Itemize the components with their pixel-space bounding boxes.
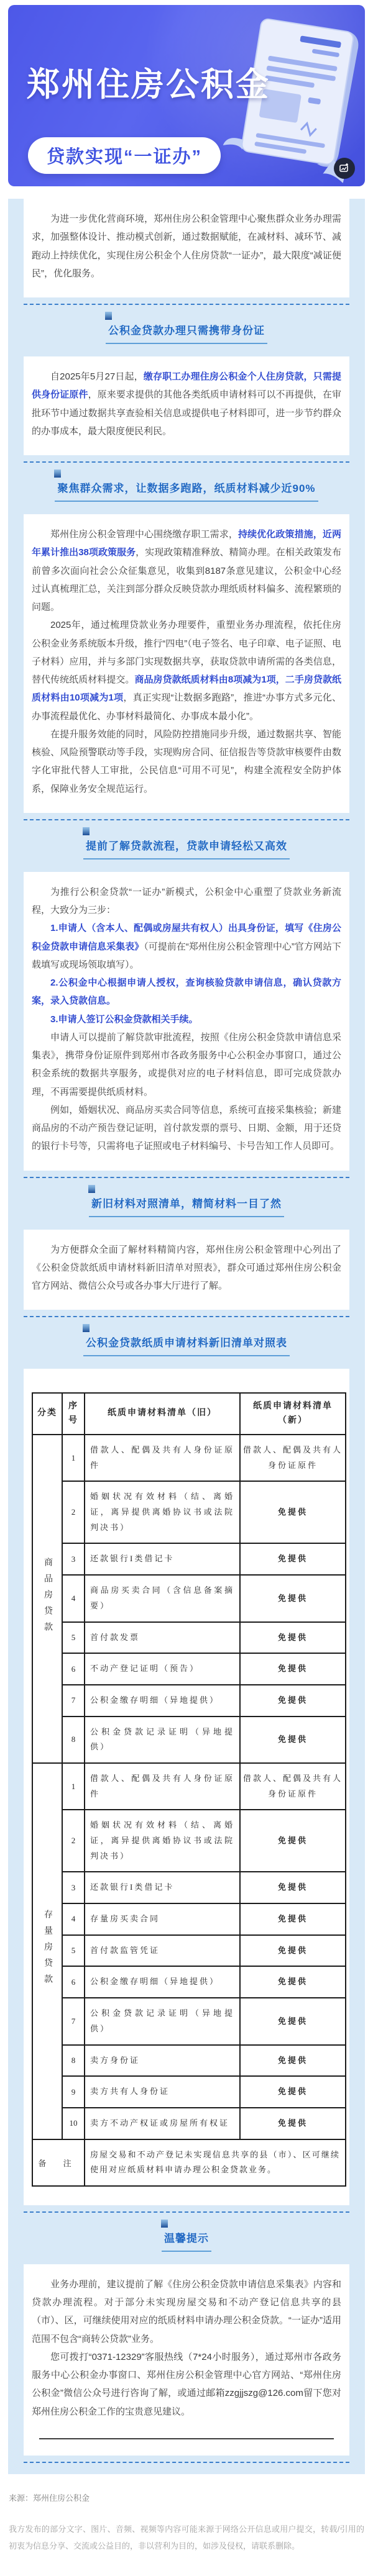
row-number-cell: 1	[62, 1763, 85, 1810]
old-material-cell: 卖方共有人身份证	[85, 2076, 240, 2108]
text-block: 为进一步优化营商环境，郑州住房公积金管理中心聚焦群众业务办理需求，加强整体设计、…	[24, 199, 349, 297]
paragraph: 郑州住房公积金管理中心围绕缴存职工需求，持续优化政策措施，近两年累计推出38项政…	[32, 525, 341, 616]
row-number-cell: 4	[62, 1903, 85, 1935]
old-material-cell: 公积金贷款记录证明（异地提供）	[85, 1998, 240, 2044]
table-row: 8公积金贷款记录证明（异地提供）免提供	[32, 1717, 346, 1763]
text-block: 为推行公积金贷款“一证办”新模式，公积金中心重塑了贷款业务新流程，大致分为三步：…	[24, 872, 349, 1171]
old-material-cell: 卖方不动产权证或房屋所有权证	[85, 2108, 240, 2139]
table-row: 5首付款监管凭证免提供	[32, 1935, 346, 1967]
table-header-row: 分类序号纸质申请材料清单（旧）纸质申请材料清单（新）	[32, 1393, 346, 1435]
page: 郑州住房公积金 贷款实现“一证办” 为进一步优化营商环境，郑州住房公积金管理中心…	[0, 5, 373, 2576]
section-heading-wrap: 新旧材料对照清单，精简材料一目了然	[24, 1178, 349, 1230]
table-row: 存量房贷款1借款人、配偶及共有人身份证原件借款人、配偶及共有人身份证原件	[32, 1763, 346, 1810]
new-material-cell: 免提供	[240, 1935, 346, 1967]
old-material-cell: 婚姻状况有效材料（结、离婚证，离异提供离婚协议书或法院判决书）	[85, 1810, 240, 1872]
table-note-row: 备 注房屋交易和不动产登记未实现信息共享的县（市）、区可继续使用对应纸质材料申请…	[32, 2139, 346, 2186]
row-number-cell: 4	[62, 1575, 85, 1621]
banner-subtitle: 贷款实现“一证办”	[47, 147, 202, 167]
new-material-cell: 免提供	[240, 1717, 346, 1763]
row-number-cell: 10	[62, 2108, 85, 2139]
old-material-cell: 还款银行I类借记卡	[85, 1872, 240, 1903]
table-row: 7公积金贷款记录证明（异地提供）免提供	[32, 1998, 346, 2044]
note-text-cell: 房屋交易和不动产登记未实现信息共享的县（市）、区可继续使用对应纸质材料申请办理公…	[85, 2139, 346, 2186]
table-row: 3还款银行I类借记卡免提供	[32, 1543, 346, 1575]
table-row: 2婚姻状况有效材料（结、离婚证，离异提供离婚协议书或法院判决书）免提供	[32, 1810, 346, 1872]
old-material-cell: 卖方身份证	[85, 2045, 240, 2077]
dashed-divider	[24, 2462, 349, 2463]
body-text: 申请人可以提前了解贷款审批流程，按照《住房公积金贷款申请信息采集表》，携带身份证…	[32, 1032, 341, 1097]
old-material-cell: 公积金缴存明细（异地提供）	[85, 1685, 240, 1717]
row-number-cell: 6	[62, 1653, 85, 1685]
new-material-cell: 免提供	[240, 2076, 346, 2108]
banner-title: 郑州住房公积金	[27, 58, 270, 106]
row-number-cell: 8	[62, 1717, 85, 1763]
new-material-cell: 免提供	[240, 1998, 346, 2044]
row-number-cell: 9	[62, 2076, 85, 2108]
section-heading: 提前了解贷款流程，贷款申请轻松又高效	[83, 827, 290, 859]
banner-subtitle-pill: 贷款实现“一证办”	[28, 137, 221, 174]
banner: 郑州住房公积金 贷款实现“一证办”	[8, 5, 365, 186]
old-material-cell: 不动产登记证明（预告）	[85, 1653, 240, 1685]
column-header: 纸质申请材料清单（新）	[240, 1393, 346, 1435]
row-number-cell: 3	[62, 1543, 85, 1575]
image-edit-icon[interactable]	[334, 158, 355, 179]
new-material-cell: 免提供	[240, 1622, 346, 1654]
old-material-cell: 婚姻状况有效材料（结、离婚证，离异提供离婚协议书或法院判决书）	[85, 1481, 240, 1543]
row-number-cell: 3	[62, 1872, 85, 1903]
paragraph: 在提升服务效能的同时，风险防控措施同步升级，通过数据共享、智能核验、风险预警联动…	[32, 725, 341, 798]
old-material-cell: 借款人、配偶及共有人身份证原件	[85, 1435, 240, 1481]
table-row: 8卖方身份证免提供	[32, 2045, 346, 2077]
closing-rule	[39, 2438, 333, 2439]
row-number-cell: 2	[62, 1810, 85, 1872]
table-row: 商品房贷款1借款人、配偶及共有人身份证原件借款人、配偶及共有人身份证原件	[32, 1435, 346, 1481]
table-row: 2婚姻状况有效材料（结、离婚证，离异提供离婚协议书或法院判决书）免提供	[32, 1481, 346, 1543]
paragraph: 3.申请人签订公积金贷款相关手续。	[32, 1010, 341, 1028]
paragraph: 您可拨打“0371-12329”客服热线（7*24小时服务），通过郑州市各政务服…	[32, 2348, 341, 2421]
old-material-cell: 公积金贷款记录证明（异地提供）	[85, 1717, 240, 1763]
old-material-cell: 首付款发票	[85, 1622, 240, 1654]
new-material-cell: 免提供	[240, 1966, 346, 1998]
table-row: 9卖方共有人身份证免提供	[32, 2076, 346, 2108]
paragraph: 自2025年5月27日起，缴存职工办理住房公积金个人住房贷款，只需提供身份证原件…	[32, 368, 341, 440]
paragraph: 2.公积金中心根据申请人授权，查询核验贷款申请信息，确认贷款方案，录入贷款信息。	[32, 974, 341, 1010]
body-text: 为进一步优化营商环境，郑州住房公积金管理中心聚焦群众业务办理需求，加强整体设计、…	[32, 214, 341, 279]
category-cell: 商品房贷款	[32, 1435, 62, 1763]
section-heading: 新旧材料对照清单，精简材料一目了然	[89, 1184, 284, 1217]
new-material-cell: 借款人、配偶及共有人身份证原件	[240, 1435, 346, 1481]
category-cell: 存量房贷款	[32, 1763, 62, 2139]
table-row: 4存量房买卖合同免提供	[32, 1903, 346, 1935]
column-header: 纸质申请材料清单（旧）	[85, 1393, 240, 1435]
section-heading: 公积金贷款办理只需携带身份证	[106, 311, 267, 344]
new-material-cell: 免提供	[240, 1543, 346, 1575]
body-text: 为方便群众全面了解材料精简内容，郑州住房公积金管理中心列出了《公积金贷款纸质申请…	[32, 1245, 341, 1292]
new-material-cell: 免提供	[240, 1481, 346, 1543]
row-number-cell: 1	[62, 1435, 85, 1481]
body-text: 业务办理前，建议提前了解《住房公积金贷款申请信息采集表》内容和贷款办理流程。对于…	[32, 2279, 341, 2344]
new-material-cell: 免提供	[240, 1685, 346, 1717]
category-label: 存量房贷款	[41, 1910, 53, 1990]
new-material-cell: 免提供	[240, 1575, 346, 1621]
body-text: 为推行公积金贷款“一证办”新模式，公积金中心重塑了贷款业务新流程，大致分为三步：	[32, 887, 341, 915]
column-header: 分类	[32, 1393, 62, 1435]
text-block: 郑州住房公积金管理中心围绕缴存职工需求，持续优化政策措施，近两年累计推出38项政…	[24, 514, 349, 813]
text-block: 自2025年5月27日起，缴存职工办理住房公积金个人住房贷款，只需提供身份证原件…	[24, 356, 349, 455]
section-heading-wrap: 提前了解贷款流程，贷款申请轻松又高效	[24, 820, 349, 872]
old-material-cell: 借款人、配偶及共有人身份证原件	[85, 1763, 240, 1810]
column-header: 序号	[62, 1393, 85, 1435]
body-text: 在提升服务效能的同时，风险防控措施同步升级，通过数据共享、智能核验、风险预警联动…	[32, 729, 341, 794]
highlight-text: 2.公积金中心根据申请人授权，查询核验贷款申请信息，确认贷款方案，录入贷款信息。	[32, 977, 341, 1006]
new-material-cell: 免提供	[240, 1653, 346, 1685]
new-material-cell: 免提供	[240, 2045, 346, 2077]
highlight-text: 3.申请人签订公积金贷款相关手续。	[50, 1014, 198, 1025]
source-line: 来源：郑州住房公积金	[9, 2492, 364, 2503]
body-text: 自2025年5月27日起，	[50, 371, 144, 382]
table-row: 4商品房买卖合同（含信息备案摘要）免提供	[32, 1575, 346, 1621]
category-label: 商品房贷款	[41, 1558, 53, 1638]
body-text: 您可拨打“0371-12329”客服热线（7*24小时服务），通过郑州市各政务服…	[32, 2352, 341, 2417]
paragraph: 为推行公积金贷款“一证办”新模式，公积金中心重塑了贷款业务新流程，大致分为三步：	[32, 883, 341, 920]
section-heading: 温馨提示	[162, 2219, 211, 2252]
row-number-cell: 5	[62, 1935, 85, 1967]
old-material-cell: 还款银行I类借记卡	[85, 1543, 240, 1575]
section-heading-wrap: 温馨提示	[24, 2213, 349, 2264]
paragraph: 为方便群众全面了解材料精简内容，郑州住房公积金管理中心列出了《公积金贷款纸质申请…	[32, 1241, 341, 1295]
table-row: 6不动产登记证明（预告）免提供	[32, 1653, 346, 1685]
row-number-cell: 2	[62, 1481, 85, 1543]
table-row: 3还款银行I类借记卡免提供	[32, 1872, 346, 1903]
body-text: 郑州住房公积金管理中心围绕缴存职工需求，	[50, 529, 238, 540]
new-material-cell: 免提供	[240, 1872, 346, 1903]
row-number-cell: 7	[62, 1685, 85, 1717]
section-heading: 聚焦群众需求，让数据多跑路，纸质材料减少近90%	[55, 469, 318, 502]
row-number-cell: 7	[62, 1998, 85, 2044]
section-heading-wrap: 公积金贷款纸质申请材料新旧清单对照表	[24, 1317, 349, 1369]
new-material-cell: 借款人、配偶及共有人身份证原件	[240, 1763, 346, 1810]
table-row: 7公积金缴存明细（异地提供）免提供	[32, 1685, 346, 1717]
paragraph: 2025年，通过梳理贷款业务办理要件，重塑业务办理流程，依托住房公积金业务系统版…	[32, 616, 341, 725]
disclaimer: 我方发布的部分文字、图片、音频、视频等内容可能来源于网络公开信息或用户提交，转载…	[9, 2521, 364, 2555]
paragraph: 为进一步优化营商环境，郑州住房公积金管理中心聚焦群众业务办理需求，加强整体设计、…	[32, 210, 341, 283]
row-number-cell: 8	[62, 2045, 85, 2077]
section-heading-wrap: 聚焦群众需求，让数据多跑路，纸质材料减少近90%	[24, 463, 349, 514]
text-block: 为方便群众全面了解材料精简内容，郑州住房公积金管理中心列出了《公积金贷款纸质申请…	[24, 1230, 349, 1310]
body-text: 例如，婚姻状况、商品房买卖合同等信息，系统可直接采集核验；新建商品房的不动产预告…	[32, 1105, 341, 1152]
row-number-cell: 5	[62, 1622, 85, 1654]
table-row: 5首付款发票免提供	[32, 1622, 346, 1654]
article-body: 为进一步优化营商环境，郑州住房公积金管理中心聚焦群众业务办理需求，加强整体设计、…	[8, 199, 365, 2474]
old-material-cell: 商品房买卖合同（含信息备案摘要）	[85, 1575, 240, 1621]
new-material-cell: 免提供	[240, 2108, 346, 2139]
old-material-cell: 存量房买卖合同	[85, 1903, 240, 1935]
material-comparison-table: 分类序号纸质申请材料清单（旧）纸质申请材料清单（新）商品房贷款1借款人、配偶及共…	[32, 1392, 346, 2187]
material-comparison-table-block: 分类序号纸质申请材料清单（旧）纸质申请材料清单（新）商品房贷款1借款人、配偶及共…	[24, 1369, 349, 2205]
paragraph: 1.申请人（含本人、配偶或房屋共有权人）出具身份证，填写《住房公积金贷款申请信息…	[32, 919, 341, 974]
note-label-cell: 备 注	[32, 2139, 85, 2186]
old-material-cell: 首付款监管凭证	[85, 1935, 240, 1967]
section-heading-wrap: 公积金贷款办理只需携带身份证	[24, 305, 349, 356]
row-number-cell: 6	[62, 1966, 85, 1998]
section-heading: 公积金贷款纸质申请材料新旧清单对照表	[83, 1323, 290, 1356]
text-block: 业务办理前，建议提前了解《住房公积金贷款申请信息采集表》内容和贷款办理流程。对于…	[24, 2264, 349, 2456]
table-row: 10卖方不动产权证或房屋所有权证免提供	[32, 2108, 346, 2139]
paragraph: 申请人可以提前了解贷款审批流程，按照《住房公积金贷款申请信息采集表》，携带身份证…	[32, 1028, 341, 1101]
table-row: 6公积金缴存明细（异地提供）免提供	[32, 1966, 346, 1998]
old-material-cell: 公积金缴存明细（异地提供）	[85, 1966, 240, 1998]
paragraph: 业务办理前，建议提前了解《住房公积金贷款申请信息采集表》内容和贷款办理流程。对于…	[32, 2275, 341, 2348]
new-material-cell: 免提供	[240, 1810, 346, 1872]
new-material-cell: 免提供	[240, 1903, 346, 1935]
paragraph: 例如，婚姻状况、商品房买卖合同等信息，系统可直接采集核验；新建商品房的不动产预告…	[32, 1101, 341, 1156]
footer: 来源：郑州住房公积金 我方发布的部分文字、图片、音频、视频等内容可能来源于网络公…	[0, 2474, 373, 2576]
